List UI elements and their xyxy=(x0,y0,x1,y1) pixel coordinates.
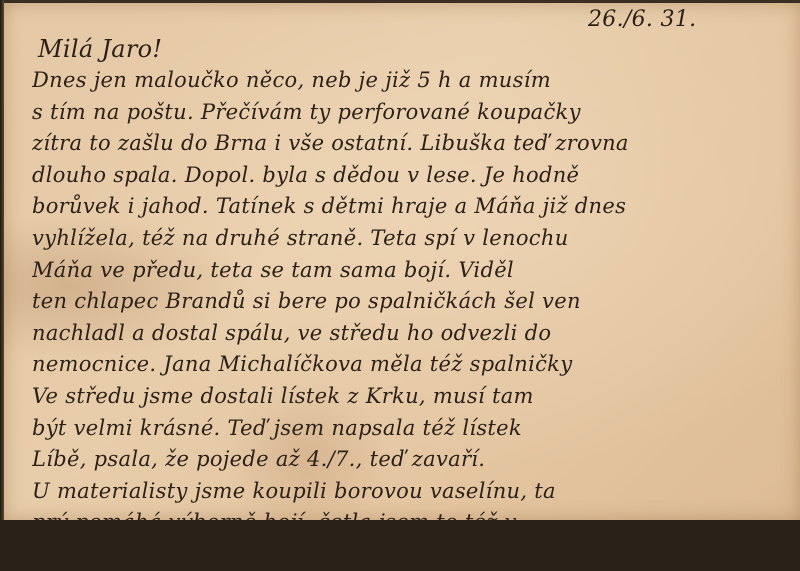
handwritten-line: ten chlapec Brandů si bere po spalničkác… xyxy=(32,286,800,318)
postcard: 26./6. 31. Milá Jaro! Dnes jen maloučko … xyxy=(4,3,800,520)
handwritten-line: Máňa ve předu, teta se tam sama bojí. Vi… xyxy=(32,255,800,287)
handwritten-line: Líbě, psala, že pojede až 4./7., teď zav… xyxy=(32,444,800,476)
handwritten-line: Dnes jen maloučko něco, neb je již 5 h a… xyxy=(32,65,800,97)
postcard-body: Dnes jen maloučko něco, neb je již 5 h a… xyxy=(32,65,800,520)
handwritten-line: U materialisty jsme koupili borovou vase… xyxy=(32,476,800,508)
handwritten-line: nachladl a dostal spálu, ve středu ho od… xyxy=(32,318,800,350)
handwritten-line: borůvek i jahod. Tatínek s dětmi hraje a… xyxy=(32,191,800,223)
handwritten-line: dlouho spala. Dopol. byla s dědou v lese… xyxy=(32,160,800,192)
handwritten-line: vyhlížela, též na druhé straně. Teta spí… xyxy=(32,223,800,255)
handwritten-line: zítra to zašlu do Brna i vše ostatní. Li… xyxy=(32,128,800,160)
postcard-greeting: Milá Jaro! xyxy=(38,35,162,63)
handwritten-line: s tím na poštu. Přečívám ty perforované … xyxy=(32,97,800,129)
handwritten-line: být velmi krásné. Teď jsem napsala též l… xyxy=(32,413,800,445)
handwritten-line: nemocnice. Jana Michalíčkova měla též sp… xyxy=(32,349,800,381)
postcard-date: 26./6. 31. xyxy=(588,7,696,32)
handwritten-line: prý pomáhá výborně hojí, četla jsem to t… xyxy=(32,507,800,520)
handwritten-line: Ve středu jsme dostali lístek z Krku, mu… xyxy=(32,381,800,413)
